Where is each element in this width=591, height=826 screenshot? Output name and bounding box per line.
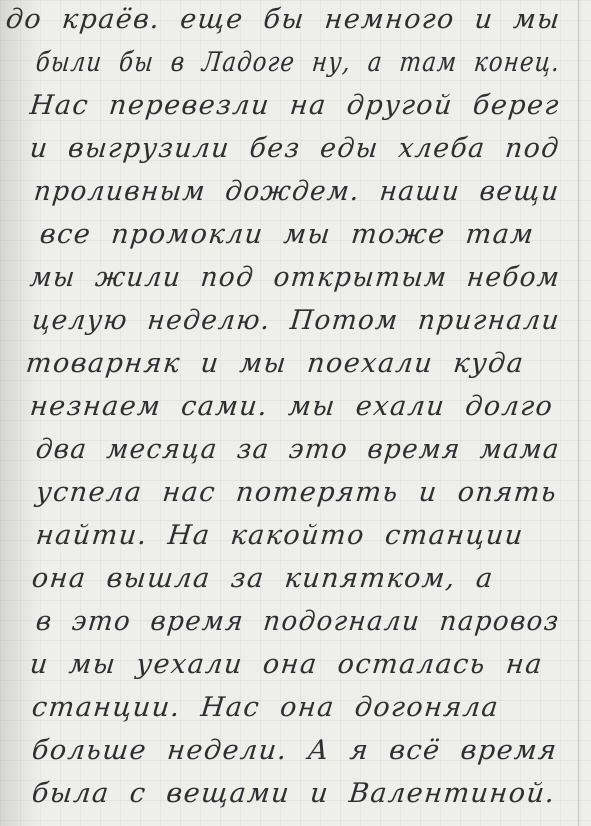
text-line: успела нас потерять и опять xyxy=(34,477,558,508)
text-line: мы жили под открытым небом xyxy=(28,262,562,293)
text-line: больше недели. А я всё время xyxy=(30,735,559,766)
notebook-page: до краёв. еще бы немного и мы были бы в … xyxy=(0,0,591,826)
text-line: товарняк и мы поехали куда xyxy=(24,348,526,379)
text-line: найти. На какойто станции xyxy=(34,520,525,551)
text-line: два месяца за это время мама xyxy=(34,434,561,465)
text-line: проливным дождем. наши вещи xyxy=(32,176,561,207)
text-line: незнаем сами. мы ехали долго xyxy=(28,391,555,422)
page-edge xyxy=(578,0,579,826)
text-line: до краёв. еще бы немного и мы xyxy=(4,4,562,35)
text-line: она вышла за кипятком, а xyxy=(30,563,495,594)
text-line: Нас перевезли на другой берег xyxy=(28,90,561,121)
text-line: все промокли мы тоже там xyxy=(38,219,536,250)
text-line: были бы в Ладоге ну, а там конец. xyxy=(34,47,562,78)
text-line: и выгрузили без еды хлеба под xyxy=(28,133,561,164)
text-line: была с вещами и Валентиной. xyxy=(30,778,557,809)
text-line: станции. Нас она догоняла xyxy=(30,692,500,723)
text-line: и мы уехали она осталась на xyxy=(28,649,544,680)
text-line: целую неделю. Потом пригнали xyxy=(30,305,561,336)
text-line: в это время подогнали паровоз xyxy=(34,606,561,637)
